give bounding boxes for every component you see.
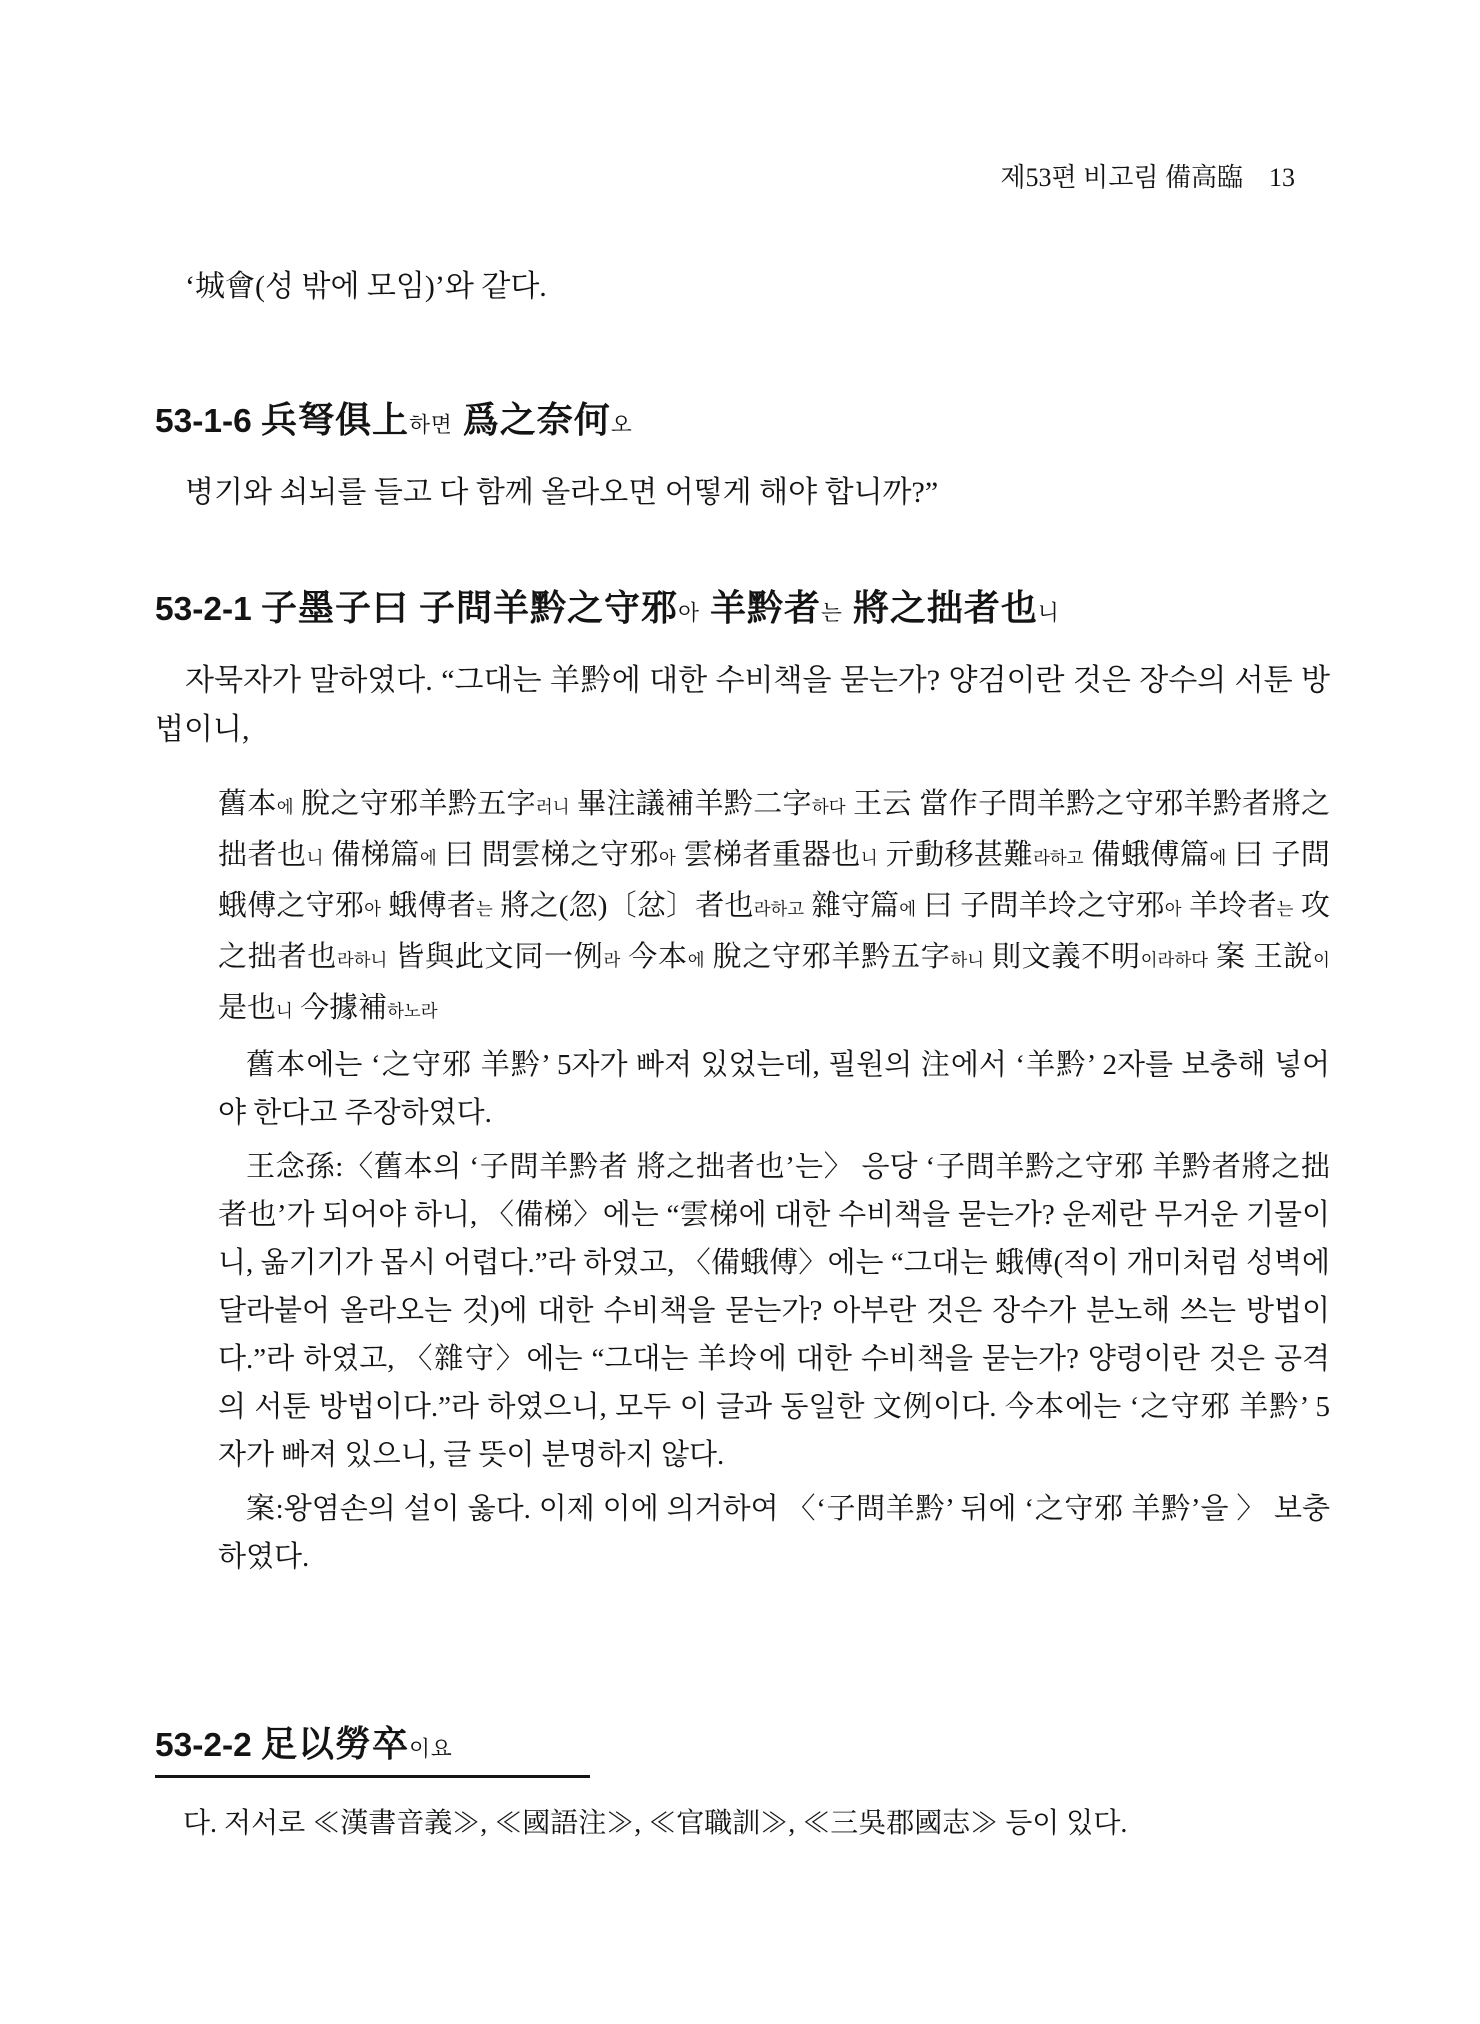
footnote-text: 다. 저서로 ≪漢書音義≫, ≪國語注≫, ≪官職訓≫, ≪三吳郡國志≫ 등이 … [155, 1802, 1330, 1846]
translation-53-1-6: 병기와 쇠뇌를 들고 다 함께 올라오면 어떻게 해야 합니까?” [155, 468, 1330, 517]
hyeonto-suffix: 에 [688, 950, 705, 970]
hyeonto-suffix: 하노라 [387, 1001, 437, 1021]
hyeonto-suffix: 라하고 [754, 899, 804, 919]
section-number: 53-1-6 [155, 403, 261, 440]
hyeonto-suffix: 하다 [812, 797, 846, 817]
intro-paragraph: ‘城會(성 밖에 모임)’와 같다. [155, 262, 1330, 311]
hyeonto-suffix: 아 [659, 848, 676, 868]
section-number: 53-2-1 [155, 591, 261, 628]
commentary-block: 舊本에 脫之守邪羊黔五字러니 畢注議補羊黔二字하다 王云 當作子問羊黔之守邪羊黔… [218, 780, 1330, 1581]
commentary-paragraph-wangyeomson: 王念孫:〈舊本의 ‘子問羊黔者 將之拙者也’는〉 응당 ‘子問羊黔之守邪 羊黔者… [218, 1143, 1330, 1479]
text-run: 皆與此文同一例 [387, 941, 603, 973]
hyeonto-suffix: 에 [899, 899, 916, 919]
hyeonto-suffix: 아 [678, 601, 700, 625]
hyeonto-suffix: 는 [476, 899, 493, 919]
hyeonto-suffix: 니 [276, 1001, 293, 1021]
text-run: 子墨子曰 子問羊黔之守邪 [261, 588, 678, 628]
translation-53-2-1: 자묵자가 말하였다. “그대는 羊黔에 대한 수비책을 묻는가? 양검이란 것은… [155, 656, 1330, 754]
text-run: 畢注議補羊黔二字 [570, 788, 812, 820]
text-run: 蛾傅者 [381, 890, 476, 922]
text-run: 是也 [218, 992, 276, 1024]
hyeonto-suffix: 에 [1209, 848, 1226, 868]
section-heading-53-2-2: 53-2-2 足以勞卒이요 [155, 1719, 1330, 1774]
hyeonto-suffix: 에 [420, 848, 437, 868]
hyeonto-suffix: 라 [604, 950, 621, 970]
text-run: 備梯篇 [323, 839, 419, 871]
text-run: 今本 [620, 941, 687, 973]
hyeonto-suffix: 하면 [409, 413, 453, 437]
footnote-area: 다. 저서로 ≪漢書音義≫, ≪國語注≫, ≪官職訓≫, ≪三吳郡國志≫ 등이 … [155, 1775, 1330, 1846]
footnote-separator-rule [155, 1775, 590, 1778]
text-run: 雲梯者重器也 [676, 839, 861, 871]
text-run: 爲之奈何 [453, 400, 611, 440]
hyeonto-suffix: 에 [277, 797, 294, 817]
text-run: 則文義不明 [984, 941, 1141, 973]
text-run: 足以勞卒 [261, 1724, 409, 1764]
text-run: 將之(忽)〔忿〕者也 [493, 890, 754, 922]
hyeonto-suffix: 니 [307, 848, 324, 868]
commentary-paragraph-gubon: 舊本에는 ‘之守邪 羊黔’ 5자가 빠져 있었는데, 필원의 注에서 ‘羊黔’ … [218, 1041, 1330, 1137]
text-run: 將之拙者也 [843, 588, 1038, 628]
book-page: 제53편 비고림 備高臨13 ‘城會(성 밖에 모임)’와 같다. 53-1-6… [0, 0, 1480, 2024]
text-run: 羊坽者 [1182, 890, 1277, 922]
text-run: 羊黔者 [700, 588, 821, 628]
text-run: 備蛾傅篇 [1084, 839, 1210, 871]
hyeonto-suffix: 이라하다 [1141, 950, 1208, 970]
hyeonto-suffix: 아 [364, 899, 381, 919]
text-run: 曰 子問羊坽之守邪 [916, 890, 1165, 922]
hyeonto-suffix: 니 [1038, 601, 1060, 625]
hyeonto-suffix: 이요 [409, 1737, 453, 1761]
hyeonto-suffix: 러니 [536, 797, 570, 817]
hyeonto-suffix: 는 [821, 601, 843, 625]
section-heading-53-2-1: 53-2-1 子墨子曰 子問羊黔之守邪아 羊黔者는 將之拙者也니 [155, 583, 1330, 638]
section-number: 53-2-2 [155, 1727, 261, 1764]
hyeonto-suffix: 라하고 [1033, 848, 1083, 868]
text-run: 今據補 [293, 992, 387, 1024]
hyeonto-suffix: 라하니 [337, 950, 387, 970]
commentary-hanmun: 舊本에 脫之守邪羊黔五字러니 畢注議補羊黔二字하다 王云 當作子問羊黔之守邪羊黔… [218, 780, 1330, 1035]
page-number: 13 [1269, 163, 1295, 192]
commentary-paragraph-an: 案:왕염손의 설이 옳다. 이제 이에 의거하여 〈‘子問羊黔’ 뒤에 ‘之守邪… [218, 1485, 1330, 1581]
text-run: 曰 問雲梯之守邪 [437, 839, 659, 871]
text-run: 脫之守邪羊黔五字 [294, 788, 536, 820]
section-heading-53-1-6: 53-1-6 兵弩俱上하면 爲之奈何오 [155, 395, 1330, 450]
hyeonto-suffix: 하니 [950, 950, 984, 970]
text-run: 案 王說 [1208, 941, 1313, 973]
text-run: 舊本 [218, 788, 277, 820]
text-run: 脫之守邪羊黔五字 [705, 941, 951, 973]
text-run: 亓動移甚難 [878, 839, 1033, 871]
hyeonto-suffix: 아 [1165, 899, 1182, 919]
running-header: 제53편 비고림 備高臨13 [155, 158, 1330, 198]
hyeonto-suffix: 이 [1313, 950, 1330, 970]
hyeonto-suffix: 오 [611, 413, 633, 437]
hyeonto-suffix: 니 [861, 848, 878, 868]
text-run: 兵弩俱上 [261, 400, 409, 440]
running-header-title: 제53편 비고림 備高臨 [1000, 163, 1243, 192]
text-run: 雜守篇 [804, 890, 899, 922]
hyeonto-suffix: 는 [1277, 899, 1294, 919]
